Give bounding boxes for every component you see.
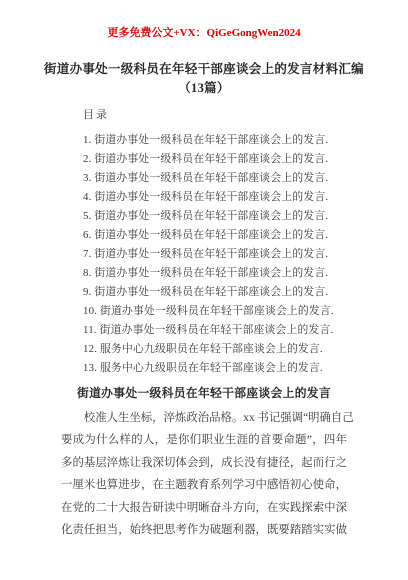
toc-item-13: 13. 服务中心九级职员在年轻干部座谈会上的发言.: [83, 359, 408, 378]
body-line-6: 化责任担当，始终把思考作为破题利器，既要踏踏实实做: [61, 519, 347, 541]
body-line-1: 校准人生坐标，淬炼政治品格。xx 书记强调“明确自己: [61, 407, 347, 429]
toc-item-8: 8. 街道办事处一级科员在年轻干部座谈会上的发言.: [83, 264, 408, 283]
body-line-3: 多的基层淬炼让我深切体会到，成长没有捷径，起而行之: [61, 452, 347, 474]
toc-item-10: 10. 街道办事处一级科员在年轻干部座谈会上的发言.: [83, 302, 408, 321]
toc-item-3: 3. 街道办事处一级科员在年轻干部座谈会上的发言.: [83, 169, 408, 188]
document-page: 更多免费公文+VX：QiGeGongWen2024 街道办事处一级科员在年轻干部…: [0, 0, 408, 580]
body-line-2: 要成为什么样的人，是你们职业生涯的首要命题”，四年: [61, 429, 347, 451]
document-title-line2: （13篇）: [0, 79, 408, 98]
toc-item-5: 5. 街道办事处一级科员在年轻干部座谈会上的发言.: [83, 207, 408, 226]
document-title: 街道办事处一级科员在年轻干部座谈会上的发言材料汇编 （13篇）: [0, 60, 408, 98]
section-heading: 街道办事处一级科员在年轻干部座谈会上的发言: [0, 387, 408, 400]
body-line-4: 一厘米也算进步，在主题教育系列学习中感悟初心使命，: [61, 474, 347, 496]
toc-item-2: 2. 街道办事处一级科员在年轻干部座谈会上的发言.: [83, 150, 408, 169]
toc-heading: 目录: [83, 109, 408, 122]
toc-item-4: 4. 街道办事处一级科员在年轻干部座谈会上的发言.: [83, 188, 408, 207]
toc-item-9: 9. 街道办事处一级科员在年轻干部座谈会上的发言.: [83, 283, 408, 302]
body-line-5: 在党的二十大报告研读中明晰奋斗方向，在实践探索中深: [61, 497, 347, 519]
toc-item-11: 11. 街道办事处一级科员在年轻干部座谈会上的发言.: [83, 321, 408, 340]
promo-notice: 更多免费公文+VX：QiGeGongWen2024: [0, 27, 408, 40]
toc-item-1: 1. 街道办事处一级科员在年轻干部座谈会上的发言.: [83, 131, 408, 150]
table-of-contents: 目录 1. 街道办事处一级科员在年轻干部座谈会上的发言. 2. 街道办事处一级科…: [83, 109, 408, 378]
section-body: 校准人生坐标，淬炼政治品格。xx 书记强调“明确自己 要成为什么样的人，是你们职…: [61, 407, 347, 541]
toc-item-7: 7. 街道办事处一级科员在年轻干部座谈会上的发言.: [83, 245, 408, 264]
toc-item-6: 6. 街道办事处一级科员在年轻干部座谈会上的发言.: [83, 226, 408, 245]
toc-item-12: 12. 服务中心九级职员在年轻干部座谈会上的发言.: [83, 340, 408, 359]
document-title-line1: 街道办事处一级科员在年轻干部座谈会上的发言材料汇编: [0, 60, 408, 79]
